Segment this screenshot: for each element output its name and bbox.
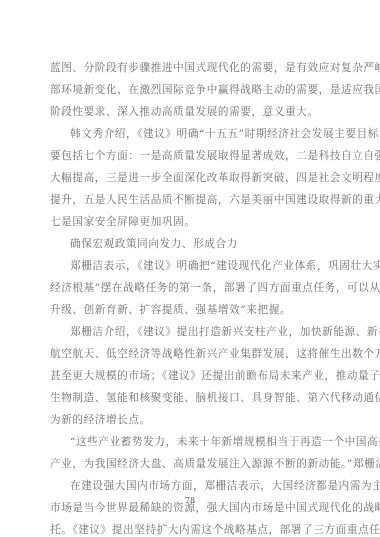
text-line: 升级、创新育新、扩容提质、强基增效”来把握。 <box>50 299 332 321</box>
text-line: 提升，五是人民生活品质不断提高，六是美丽中国建设取得新的重大进展， <box>50 189 332 211</box>
text-line: 甚至更大规模的市场；《建议》还提出前瞻布局未来产业，推动量子科技、 <box>50 365 332 387</box>
text-line: 在建设强大国内市场方面，郑栅洁表示，大国经济都是内需为主导， <box>50 475 332 497</box>
text-line: 韩文秀介绍，《建议》明确“十五五”时期经济社会发展主要目标，主 <box>50 123 332 145</box>
text-line: 七是国家安全屏障更加巩固。 <box>50 211 332 233</box>
text-line: “这些产业蓄势发力，未来十年新增规模相当于再造一个中国高技术 <box>50 431 332 453</box>
document-page: 蓝图、分阶段有步骤推进中国式现代化的需要，是有效应对复杂严峻的外 部环境新变化、… <box>0 0 380 537</box>
text-line: 要包括七个方面：一是高质量发展取得显著成效，二是科技自立自强水平 <box>50 145 332 167</box>
body-text: 蓝图、分阶段有步骤推进中国式现代化的需要，是有效应对复杂严峻的外 部环境新变化、… <box>50 57 332 537</box>
text-line: 郑栅洁表示，《建议》明确把“建设现代化产业体系，巩固壮大实体 <box>50 255 332 277</box>
text-line: 郑栅洁介绍，《建议》提出打造新兴支柱产业，加快新能源、新材料、 <box>50 321 332 343</box>
text-line: 生物制造、氢能和核聚变能、脑机接口、具身智能、第六代移动通信等成 <box>50 387 332 409</box>
text-line: 大幅提高，三是进一步全面深化改革取得新突破，四是社会文明程度明显 <box>50 167 332 189</box>
text-line: 经济根基”摆在战略任务的第一条，部署了四方面重点任务，可以从“固本 <box>50 277 332 299</box>
text-line: 部环境新变化、在激烈国际竞争中赢得战略主动的需要，是适应我国发展 <box>50 79 332 101</box>
page-number: 78 <box>0 496 380 505</box>
text-line: 阶段性要求、深入推动高质量发展的需要，意义重大。 <box>50 101 332 123</box>
text-line: 托。《建议》提出坚持扩大内需这个战略基点，部署了三方面重点任务， <box>50 519 332 537</box>
text-line: 蓝图、分阶段有步骤推进中国式现代化的需要，是有效应对复杂严峻的外 <box>50 57 332 79</box>
text-line: 产业，为我国经济大盘、高质量发展注入源源不断的新动能。”郑栅洁说。 <box>50 453 332 475</box>
text-line: 为新的经济增长点。 <box>50 409 332 431</box>
text-line: 航空航天、低空经济等战略性新兴产业集群发展，这将催生出数个万亿级 <box>50 343 332 365</box>
section-heading: 确保宏观政策同向发力、形成合力 <box>50 233 332 255</box>
